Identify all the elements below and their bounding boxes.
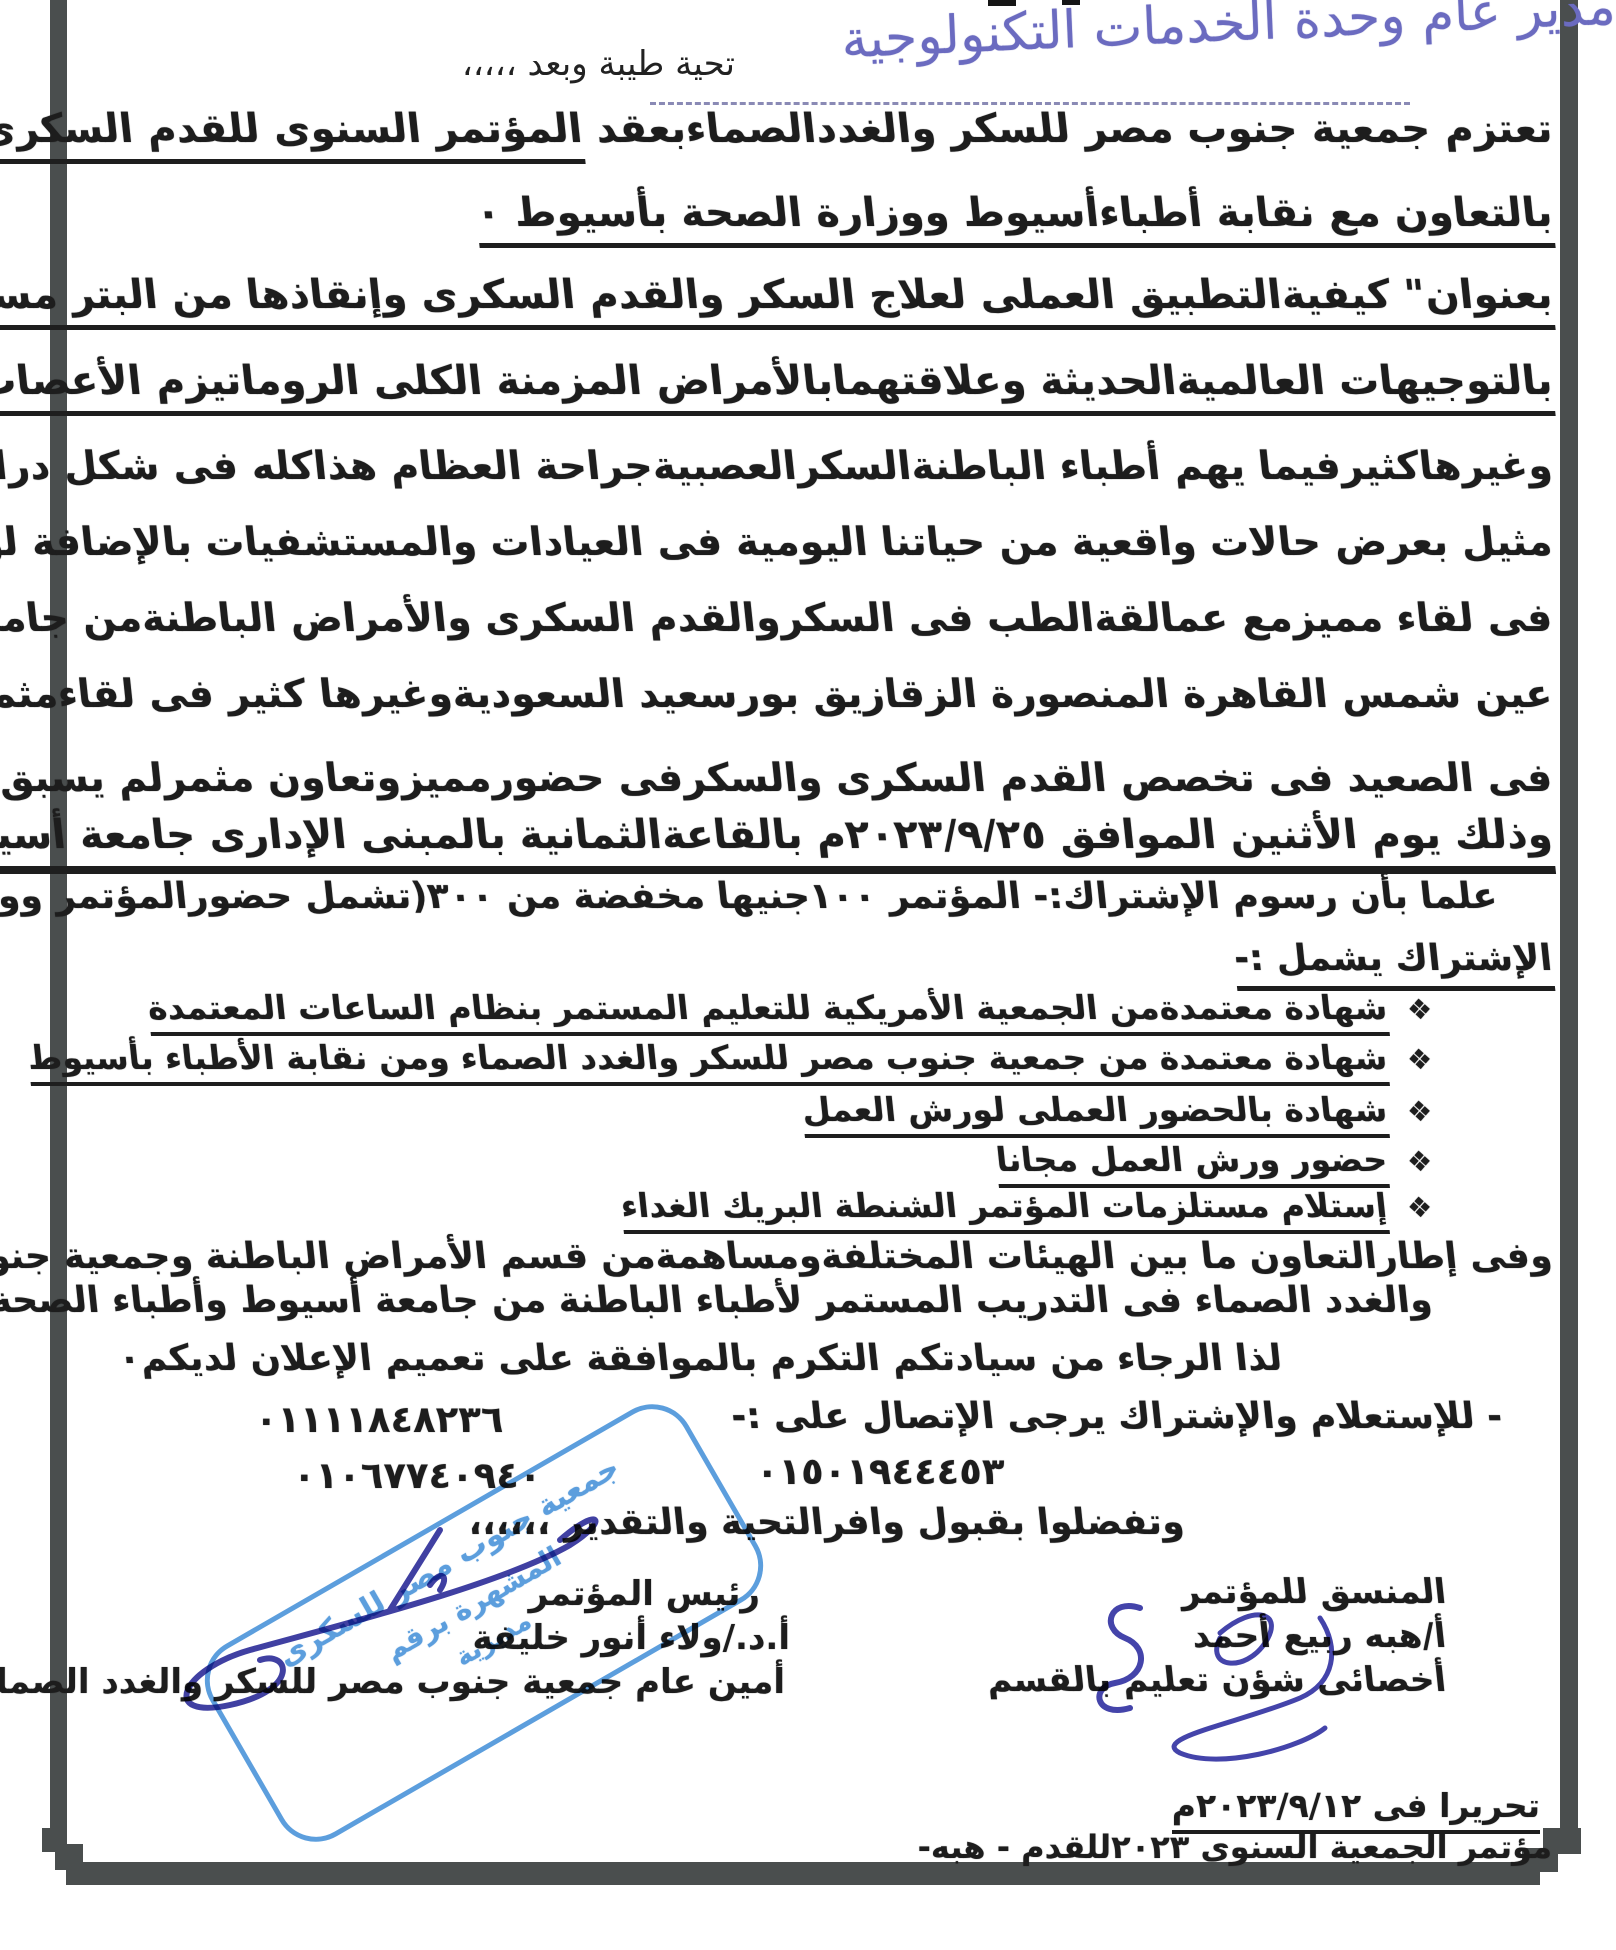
paragraph-fees: علما بأن رسوم الإشتراك:- المؤتمر ١٠٠جنيه… — [68, 876, 1554, 917]
paragraph-cooperation: بالتعاون مع نقابة أطباءأسيوط ووزارة الصح… — [68, 190, 1555, 236]
paragraph-framework: وفى إطارالتعاون ما بين الهيئات المختلفةو… — [68, 1236, 1554, 1277]
paragraph-announcement: تعتزم جمعية جنوب مصر للسكر والغددالصماءب… — [68, 106, 1555, 152]
paragraph-universities: عين شمس القاهرة المنصورة الزقازيق بورسعي… — [68, 672, 1555, 717]
paragraph-announcement-underlined: المؤتمر السنوى للقدم السكرى للجمعية بأسي… — [0, 106, 586, 164]
scan-border-right — [1560, 0, 1578, 1836]
list-item: ❖شهادة معتمدة من جمعية جنوب مصر للسكر وا… — [68, 1038, 1554, 1077]
list-item: ❖حضور ورش العمل مجانا — [68, 1140, 1554, 1179]
paragraph-training: والغدد الصماء فى التدريب المستمر لأطباء … — [68, 1280, 1554, 1321]
phone-number-3: ٠١٥٠١٩٤٤٤٥٣ — [756, 1450, 1004, 1493]
diamond-bullet-icon: ❖ — [1405, 1043, 1434, 1076]
diamond-bullet-icon: ❖ — [1405, 993, 1434, 1026]
footer-reference: مؤتمر الجمعية السنوى ٢٠٢٣للقدم - هبه- — [918, 1828, 1552, 1866]
chairman-signature — [140, 1490, 620, 1730]
footer-date: تحريرا فى ٢٠٢٣/٩/١٢م — [1172, 1786, 1540, 1825]
list-item: ❖شهادة بالحضور العملى لورش العمل — [68, 1090, 1554, 1129]
paragraph-announcement-plain: تعتزم جمعية جنوب مصر للسكر والغددالصماءب… — [580, 106, 1555, 152]
paragraph-title-2: بالتوجيهات العالميةالحديثة وعلاقتهمابالأ… — [68, 358, 1555, 404]
phone-number-1: ٠١١١١٨٤٨٢٣٦ — [255, 1398, 503, 1441]
paragraph-speakers: فى لقاء مميزمع عمالقةالطب فى السكروالقدم… — [68, 596, 1555, 641]
scanned-letter-page: مدير عام وحدة الخدمات التكنولوجية تحية ط… — [0, 0, 1616, 1950]
subscription-includes-heading: الإشتراك يشمل :- — [68, 938, 1554, 979]
list-item: ❖شهادة معتمدةمن الجمعية الأمريكية للتعلي… — [68, 988, 1554, 1027]
paragraph-upper-egypt: فى الصعيد فى تخصص القدم السكرى والسكرفى … — [68, 756, 1555, 801]
list-item: ❖إستلام مستلزمات المؤتمر الشنطة البريك ا… — [68, 1186, 1554, 1225]
handwritten-underline — [650, 102, 1410, 105]
diamond-bullet-icon: ❖ — [1405, 1145, 1434, 1178]
paragraph-request: لذا الرجاء من سيادتكم التكرم بالموافقة ع… — [68, 1338, 1554, 1379]
paragraph-audience: وغيرهاكثيرفيما يهم أطباء الباطنةالسكرالع… — [68, 444, 1555, 489]
coordinator-signature — [1070, 1588, 1370, 1768]
paragraph-cases: مثيل بعرض حالات واقعية من حياتنا اليومية… — [68, 520, 1555, 565]
paragraph-title-1: بعنوان" كيفيةالتطبيق العملى لعلاج السكر … — [68, 272, 1555, 318]
paragraph-date-venue: وذلك يوم الأثنين الموافق ٢٠٢٣/٩/٢٥م بالق… — [68, 812, 1555, 858]
diamond-bullet-icon: ❖ — [1405, 1191, 1434, 1224]
diamond-bullet-icon: ❖ — [1405, 1095, 1434, 1128]
greeting-line: تحية طيبة وبعد ،،،،، — [462, 44, 735, 84]
